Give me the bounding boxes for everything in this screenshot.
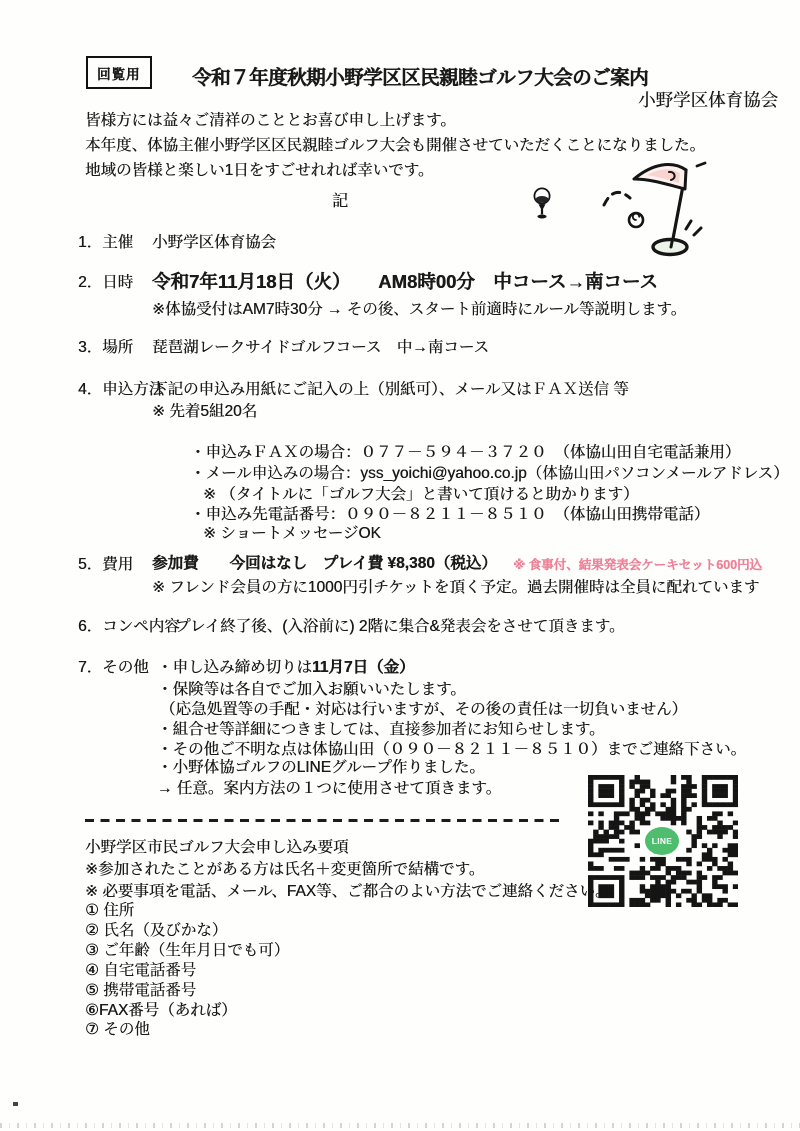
form-note-1: ※参加されたことがある方は氏名＋変更箇所で結構です。 [85, 860, 484, 879]
form-field-mobile-phone: ⑤ 携帯電話番号 [85, 981, 196, 1000]
item-7-deadline-prefix: ・申し込み締め切りは [157, 659, 312, 676]
item-7-deadline-date: 11月7日（金） [312, 659, 415, 676]
item-7-bullet-3: （応急処置等の手配・対応は行いますが、その後の責任は一切負いません） [160, 700, 687, 719]
golf-flag-and-hole-icon [600, 158, 708, 263]
item-2-label: 2．日時 [78, 273, 133, 292]
item-5-content: 参加費 今回はなし プレイ費 ¥8,380（税込） [152, 554, 497, 573]
ki-mark: 記 [332, 192, 348, 212]
item-4-fax-line: ・申込みＦＡＸの場合：０７７－５９４－３７２０ （体協山田自宅電話兼用） [190, 443, 740, 462]
scanned-notice-page: 回覧用 令和７年度秋期小野学区区民親睦ゴルフ大会のご案内 小野学区体育協会 皆様… [0, 0, 800, 1131]
item-5-pink-note: ※ 食事付、結果発表会ケーキセット600円込 [513, 558, 762, 574]
golf-ball-on-tee-icon [528, 187, 556, 226]
form-field-address: ① 住所 [85, 901, 134, 920]
item-7-bullet-4: ・組合せ等詳細につきましては、直接参加者にお知らせします。 [157, 720, 605, 739]
intro-line-2: 本年度、体協主催小野学区区民親睦ゴルフ大会も開催させていただくことになりました。 [85, 136, 705, 155]
page-title: 令和７年度秋期小野学区区民親睦ゴルフ大会のご案内 [40, 62, 800, 90]
item-6-content: プレイ終了後、(入浴前に) 2階に集合&発表会をさせて頂きます。 [175, 617, 624, 636]
item-2-note: ※体協受付はAM7時30分 → その後、スタート前適時にルール等説明します。 [152, 300, 686, 319]
item-4-mail-line: ・メール申込みの場合：yss_yoichi@yahoo.co.jp（体協山田パソ… [190, 464, 789, 483]
item-1-label: 1．主催 [78, 233, 133, 252]
form-heading: 小野学区市民ゴルフ大会申し込み要項 [85, 838, 349, 857]
item-7-bullet-6: ・小野体協ゴルフのLINEグループ作りました。 [157, 758, 485, 777]
item-4-tel-note: ※ ショートメッセージOK [203, 524, 381, 543]
item-4-content: 下記の申込み用紙にご記入の上（別紙可）、メール又はＦＡＸ送信 等 [152, 380, 629, 399]
item-4-note: ※ 先着5組20名 [152, 402, 257, 421]
organization-name: 小野学区体育協会 [638, 87, 778, 112]
item-5-note: ※ フレンド会員の方に1000円引チケットを頂く予定。過去開催時は全員に配れてい… [152, 578, 759, 597]
item-7-bullet-2: ・保険等は各自でご加入お願いいたします。 [157, 680, 466, 699]
item-7-deadline: ・申し込み締め切りは11月7日（金） [157, 658, 415, 677]
form-field-age: ③ ご年齢（生年月日でも可） [85, 941, 289, 960]
intro-line-3: 地域の皆様と楽しい1日をすごせれれば幸いです。 [85, 161, 433, 180]
form-field-fax: ⑥FAX番号（あれば） [85, 1001, 237, 1020]
item-7-bullet-7: → 任意。案内方法の１つに使用させて頂きます。 [157, 779, 501, 798]
item-4-tel-line: ・申込み先電話番号：０９０－８２１１－８５１０ （体協山田携帯電話） [190, 505, 709, 524]
form-note-2: ※ 必要事項を電話、メール、FAX等、ご都合のよい方法でご連絡ください。 [85, 882, 611, 901]
item-2-content: 令和7年11月18日（火） AM8時00分 中コース→南コース [152, 270, 658, 293]
line-logo-bubble: LINE [645, 827, 679, 855]
scan-speck [13, 1102, 18, 1106]
scan-noise-strip [0, 1123, 800, 1128]
dashed-separator [85, 819, 565, 822]
item-3-content: 琵琶湖レークサイドゴルフコース 中→南コース [152, 338, 489, 357]
item-1-content: 小野学区体育協会 [152, 233, 276, 252]
form-field-other: ⑦ その他 [85, 1020, 150, 1039]
item-6-label: 6．コンペ内容 [78, 617, 180, 636]
intro-line-1: 皆様方には益々ご清祥のこととお喜び申し上げます。 [85, 111, 456, 130]
item-3-label: 3．場所 [78, 338, 133, 357]
item-7-label: 7．その他 [78, 658, 149, 677]
item-7-bullet-5: ・その他ご不明な点は体協山田（０９０－８２１１－８５１０）までご連絡下さい。 [157, 740, 746, 759]
item-5-label: 5．費用 [78, 555, 133, 574]
form-field-home-phone: ④ 自宅電話番号 [85, 961, 196, 980]
form-field-name: ② 氏名（及びかな） [85, 921, 227, 940]
item-4-mail-note: ※ （タイトルに「ゴルフ大会」と書いて頂けると助かります） [203, 485, 639, 504]
